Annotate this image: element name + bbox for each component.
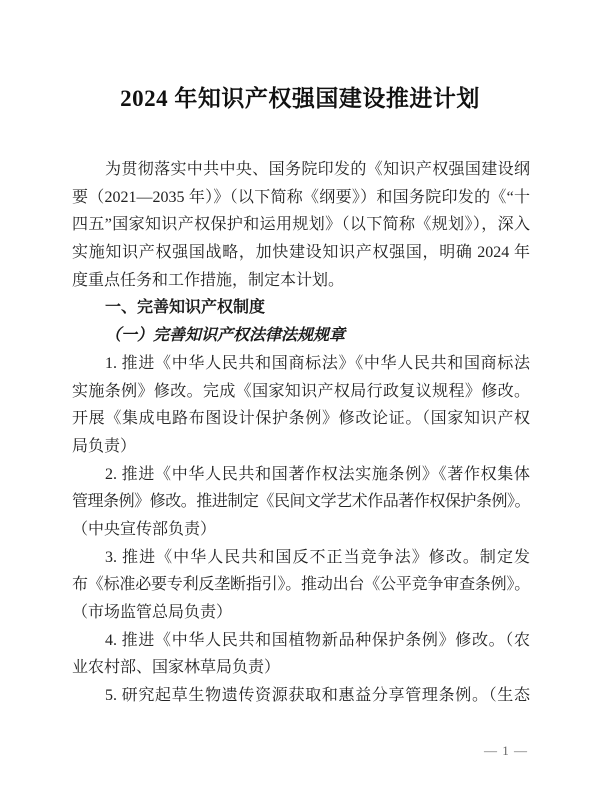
section-one-heading: 一、完善知识产权制度 xyxy=(72,294,530,322)
page-number: — 1 — xyxy=(484,743,528,759)
intro-paragraph-line-1: 为贯彻落实中共中央、国务院印发的《知识产权强国建设纲 xyxy=(72,156,530,184)
document-page: 2024 年知识产权强国建设推进计划 为贯彻落实中共中央、国务院印发的《知识产权… xyxy=(0,0,600,800)
item-1-paragraph-line-4: 局负责） xyxy=(72,433,530,461)
subsection-one-heading-line-1: （一）完善知识产权法律法规规章 xyxy=(72,322,530,350)
item-1-paragraph-line-1: 1. 推进《中华人民共和国商标法》《中华人民共和国商标法 xyxy=(72,350,530,378)
item-3-paragraph-line-3: （市场监管总局负责） xyxy=(72,599,530,627)
intro-paragraph: 为贯彻落实中共中央、国务院印发的《知识产权强国建设纲要（2021—2035 年）… xyxy=(72,156,530,294)
section-one-heading-line-1: 一、完善知识产权制度 xyxy=(72,294,530,322)
document-body: 为贯彻落实中共中央、国务院印发的《知识产权强国建设纲要（2021—2035 年）… xyxy=(72,156,530,710)
item-4-paragraph-line-2: 业农村部、国家林草局负责） xyxy=(72,654,530,682)
intro-paragraph-line-3: 四五”国家知识产权保护和运用规划》（以下简称《规划》），深入 xyxy=(72,211,530,239)
item-5-paragraph-line-1: 5. 研究起草生物遗传资源获取和惠益分享管理条例。（生态 xyxy=(72,682,530,710)
item-1-paragraph-line-3: 开展《集成电路布图设计保护条例》修改论证。（国家知识产权 xyxy=(72,405,530,433)
item-3-paragraph-line-1: 3. 推进《中华人民共和国反不正当竞争法》修改。制定发 xyxy=(72,544,530,572)
item-2-paragraph-line-3: （中央宣传部负责） xyxy=(72,516,530,544)
item-1-paragraph-line-2: 实施条例》修改。完成《国家知识产权局行政复议规程》修改。 xyxy=(72,378,530,406)
item-1-paragraph: 1. 推进《中华人民共和国商标法》《中华人民共和国商标法实施条例》修改。完成《国… xyxy=(72,350,530,461)
item-4-paragraph-line-1: 4. 推进《中华人民共和国植物新品种保护条例》修改。（农 xyxy=(72,627,530,655)
item-4-paragraph: 4. 推进《中华人民共和国植物新品种保护条例》修改。（农业农村部、国家林草局负责… xyxy=(72,627,530,682)
item-5-paragraph: 5. 研究起草生物遗传资源获取和惠益分享管理条例。（生态 xyxy=(72,682,530,710)
item-2-paragraph: 2. 推进《中华人民共和国著作权法实施条例》《著作权集体管理条例》修改。推进制定… xyxy=(72,461,530,544)
intro-paragraph-line-5: 度重点任务和工作措施，制定本计划。 xyxy=(72,267,530,295)
intro-paragraph-line-2: 要（2021—2035 年）》（以下简称《纲要》）和国务院印发的《“十 xyxy=(72,184,530,212)
item-3-paragraph-line-2: 布《标准必要专利反垄断指引》。推动出台《公平竞争审查条例》。 xyxy=(72,571,530,599)
intro-paragraph-line-4: 实施知识产权强国战略，加快建设知识产权强国，明确 2024 年 xyxy=(72,239,530,267)
item-2-paragraph-line-1: 2. 推进《中华人民共和国著作权法实施条例》《著作权集体 xyxy=(72,461,530,489)
item-3-paragraph: 3. 推进《中华人民共和国反不正当竞争法》修改。制定发布《标准必要专利反垄断指引… xyxy=(72,544,530,627)
item-2-paragraph-line-2: 管理条例》修改。推进制定《民间文学艺术作品著作权保护条例》。 xyxy=(72,488,530,516)
document-title: 2024 年知识产权强国建设推进计划 xyxy=(0,84,600,114)
subsection-one-heading: （一）完善知识产权法律法规规章 xyxy=(72,322,530,350)
